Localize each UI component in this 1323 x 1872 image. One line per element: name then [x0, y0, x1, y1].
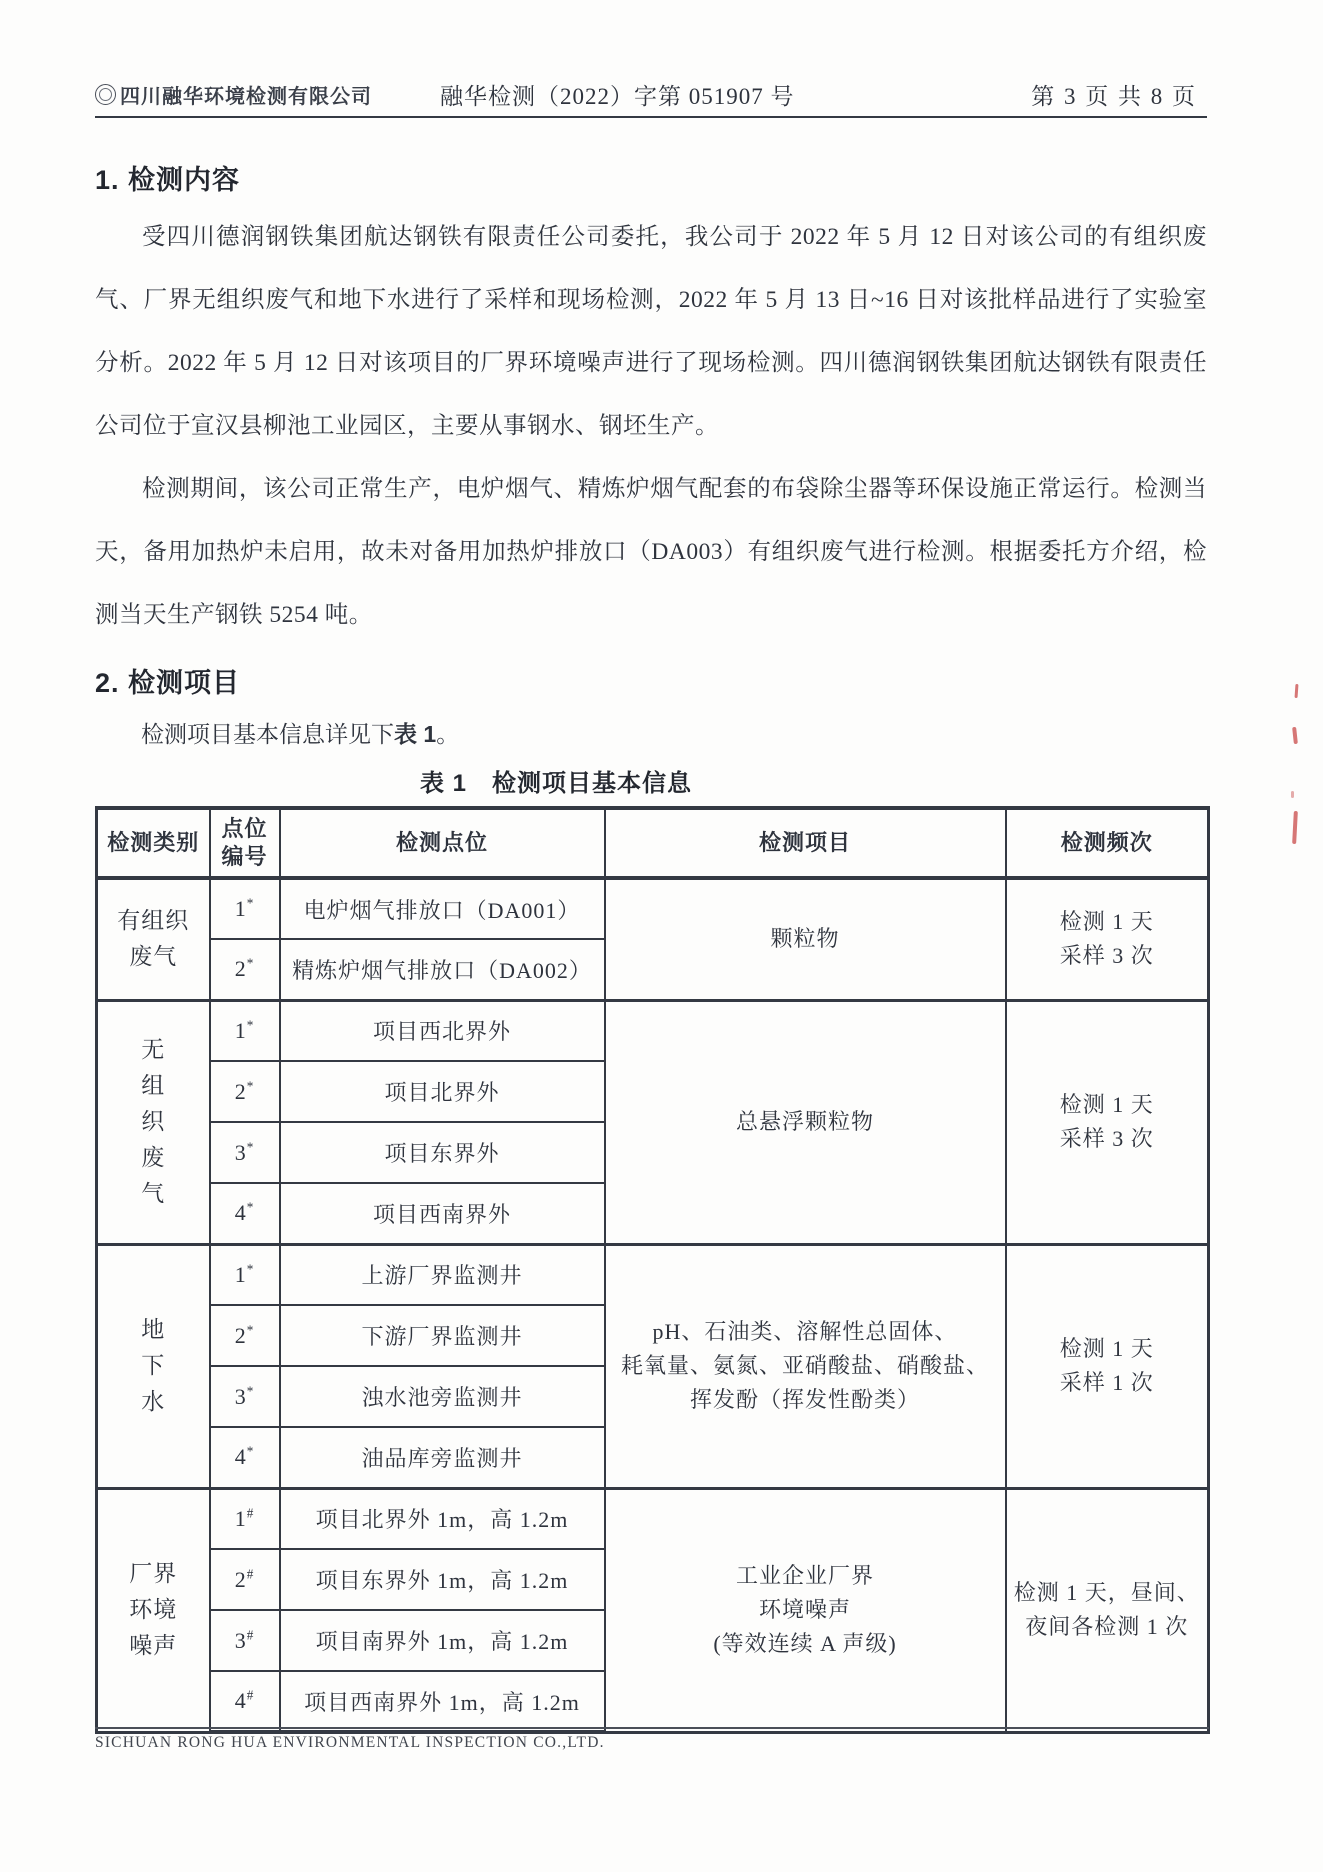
point-cell: 下游厂界监测井 — [280, 1305, 605, 1366]
red-pen-mark — [1291, 791, 1294, 798]
point-cell: 精炼炉烟气排放口（DA002） — [280, 939, 605, 1000]
point-cell: 上游厂界监测井 — [280, 1244, 605, 1305]
company-name-block: 四川融华环境检测有限公司 — [95, 80, 372, 109]
monitoring-items-table: 检测类别 点位 编号 检测点位 检测项目 检测频次 有组织 废气 1* 电炉烟气… — [95, 806, 1210, 1734]
point-no-cell: 1# — [210, 1488, 280, 1549]
point-no-cell: 3* — [210, 1366, 280, 1427]
company-seal-icon — [95, 84, 116, 105]
page-header: 四川融华环境检测有限公司 融华检测（2022）字第 051907 号 第 3 页… — [95, 0, 1207, 118]
point-no-cell: 2* — [210, 1061, 280, 1122]
point-no-cell: 1* — [210, 878, 280, 939]
frequency-cell: 检测 1 天 采样 1 次 — [1006, 1244, 1209, 1488]
col-header-point: 检测点位 — [280, 808, 605, 878]
point-no-cell: 4# — [210, 1671, 280, 1732]
item-cell: 总悬浮颗粒物 — [605, 1000, 1006, 1244]
col-header-item: 检测项目 — [605, 808, 1006, 878]
red-pen-mark — [1292, 811, 1297, 844]
frequency-cell: 检测 1 天，昼间、 夜间各检测 1 次 — [1006, 1488, 1209, 1732]
point-no-cell: 4* — [210, 1183, 280, 1244]
table-row: 厂界 环境 噪声 1# 项目北界外 1m，高 1.2m 工业企业厂界 环境噪声 … — [97, 1488, 1209, 1549]
point-no-cell: 2* — [210, 1305, 280, 1366]
red-pen-mark — [1292, 727, 1298, 744]
table-row: 有组织 废气 1* 电炉烟气排放口（DA001） 颗粒物 检测 1 天 采样 3… — [97, 878, 1209, 939]
document-number: 融华检测（2022）字第 051907 号 — [440, 78, 795, 111]
section2-heading: 2. 检测项目 — [95, 661, 1207, 700]
page-indicator: 第 3 页 共 8 页 — [1031, 78, 1197, 111]
category-cell: 无 组 织 废 气 — [97, 1000, 210, 1244]
footer-company-en: SICHUAN RONG HUA ENVIRONMENTAL INSPECTIO… — [95, 1734, 605, 1751]
item-cell: pH、石油类、溶解性总固体、 耗氧量、氨氮、亚硝酸盐、硝酸盐、 挥发酚（挥发性酚… — [605, 1244, 1006, 1488]
table-caption: 表 1 检测项目基本信息 — [0, 763, 1112, 798]
point-no-cell: 3# — [210, 1610, 280, 1671]
point-cell: 项目西北界外 — [280, 1000, 605, 1061]
point-cell: 项目西南界外 1m，高 1.2m — [280, 1671, 605, 1732]
point-cell: 项目西南界外 — [280, 1183, 605, 1244]
col-header-category: 检测类别 — [97, 808, 210, 878]
table-ref: 表 1 — [394, 721, 436, 747]
col-header-point-no: 点位 编号 — [210, 808, 280, 878]
category-cell: 厂界 环境 噪声 — [97, 1488, 210, 1732]
point-cell: 项目北界外 — [280, 1061, 605, 1122]
point-cell: 电炉烟气排放口（DA001） — [280, 878, 605, 939]
table-header-row: 检测类别 点位 编号 检测点位 检测项目 检测频次 — [97, 808, 1209, 878]
page-footer: SICHUAN RONG HUA ENVIRONMENTAL INSPECTIO… — [95, 1727, 1209, 1752]
paragraph: 受四川德润钢铁集团航达钢铁有限责任公司委托，我公司于 2022 年 5 月 12… — [95, 206, 1207, 458]
point-cell: 浊水池旁监测井 — [280, 1366, 605, 1427]
point-no-cell: 4* — [210, 1427, 280, 1488]
point-cell: 油品库旁监测井 — [280, 1427, 605, 1488]
table-row: 无 组 织 废 气 1* 项目西北界外 总悬浮颗粒物 检测 1 天 采样 3 次 — [97, 1000, 1209, 1061]
section2-lead: 检测项目基本信息详见下表 1。 — [95, 710, 1207, 759]
table-row: 地 下 水 1* 上游厂界监测井 pH、石油类、溶解性总固体、 耗氧量、氨氮、亚… — [97, 1244, 1209, 1305]
point-no-cell: 2* — [210, 939, 280, 1000]
report-page: 四川融华环境检测有限公司 融华检测（2022）字第 051907 号 第 3 页… — [0, 0, 1323, 1872]
category-cell: 地 下 水 — [97, 1244, 210, 1488]
point-cell: 项目南界外 1m，高 1.2m — [280, 1610, 605, 1671]
point-cell: 项目东界外 1m，高 1.2m — [280, 1549, 605, 1610]
point-cell: 项目北界外 1m，高 1.2m — [280, 1488, 605, 1549]
category-cell: 有组织 废气 — [97, 878, 210, 1000]
frequency-cell: 检测 1 天 采样 3 次 — [1006, 1000, 1209, 1244]
company-name: 四川融华环境检测有限公司 — [120, 80, 372, 109]
frequency-cell: 检测 1 天 采样 3 次 — [1006, 878, 1209, 1000]
point-no-cell: 3* — [210, 1122, 280, 1183]
item-cell: 颗粒物 — [605, 878, 1006, 1000]
item-cell: 工业企业厂界 环境噪声 (等效连续 A 声级) — [605, 1488, 1006, 1732]
section1-body: 受四川德润钢铁集团航达钢铁有限责任公司委托，我公司于 2022 年 5 月 12… — [95, 206, 1207, 647]
red-pen-mark — [1295, 684, 1299, 698]
point-cell: 项目东界外 — [280, 1122, 605, 1183]
section1-heading: 1. 检测内容 — [95, 158, 1207, 197]
paragraph: 检测期间，该公司正常生产，电炉烟气、精炼炉烟气配套的布袋除尘器等环保设施正常运行… — [95, 458, 1207, 647]
point-no-cell: 1* — [210, 1000, 280, 1061]
col-header-frequency: 检测频次 — [1006, 808, 1209, 878]
point-no-cell: 2# — [210, 1549, 280, 1610]
point-no-cell: 1* — [210, 1244, 280, 1305]
